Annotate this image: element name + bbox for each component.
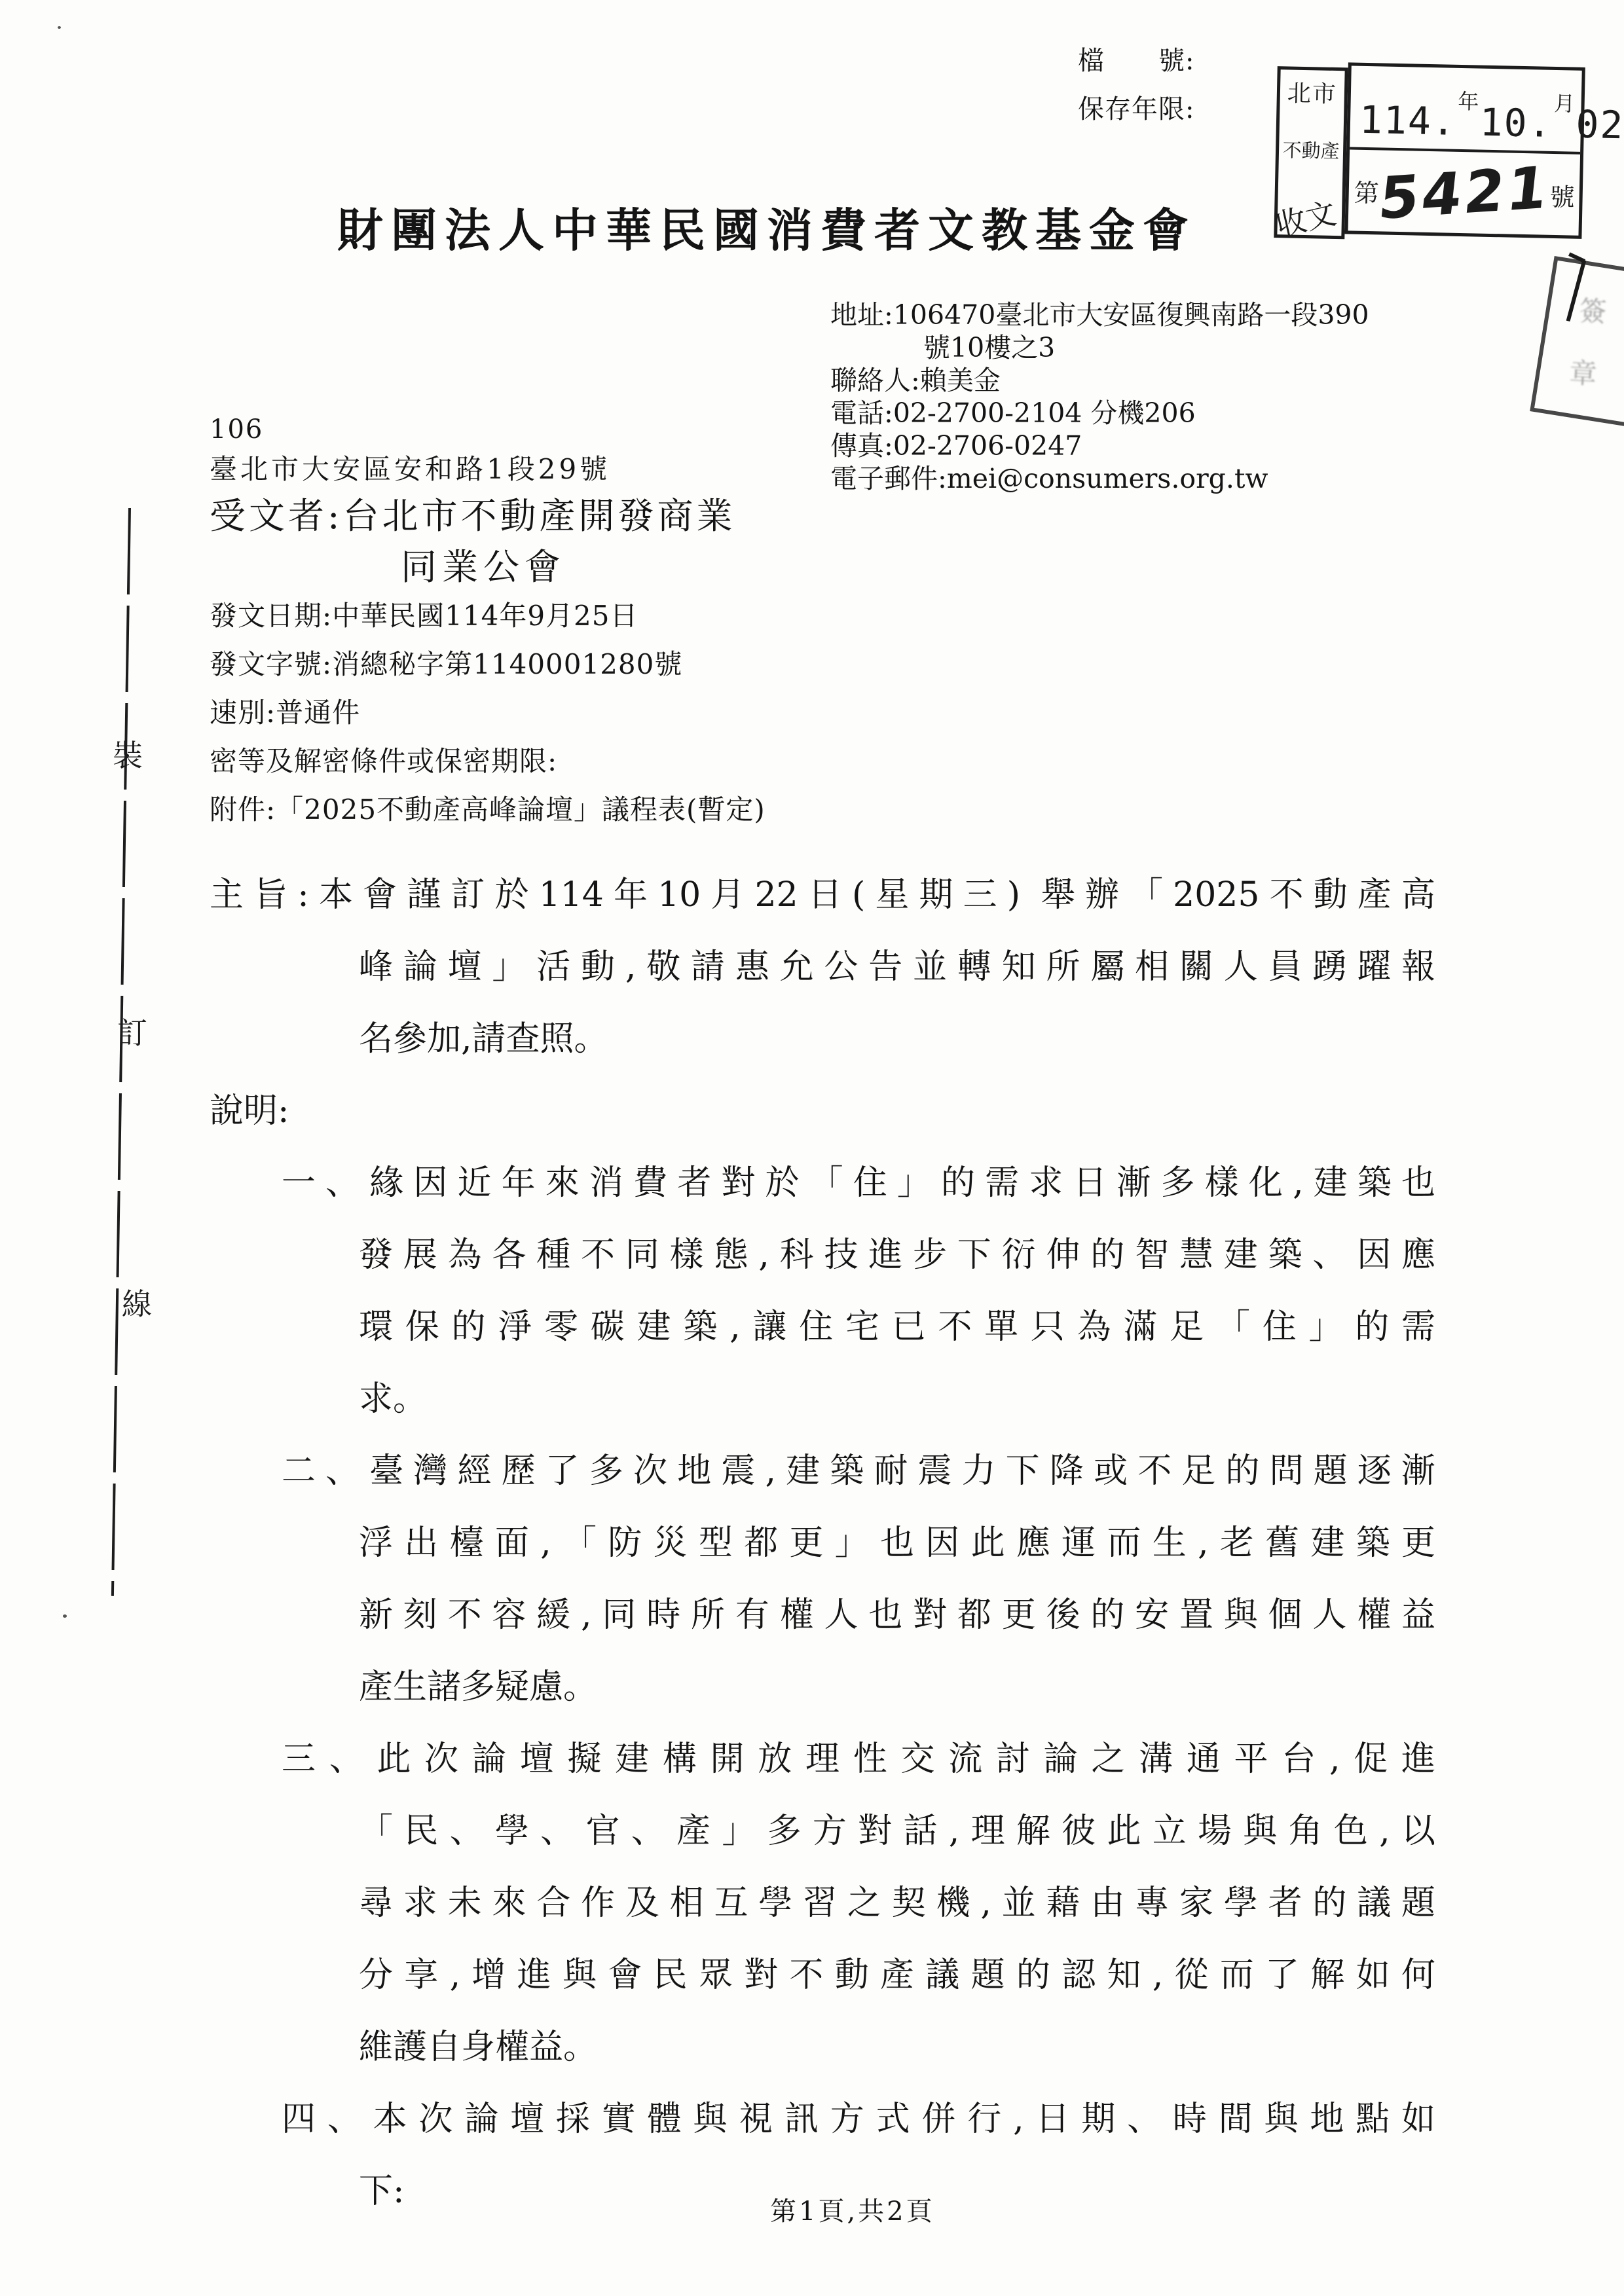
- binding-char-xian: 線: [122, 1281, 152, 1324]
- subject-line: 峰論壇」活動,敬請惠允公告並轉知所屬相關人員踴躍報: [359, 931, 1435, 1003]
- faint-seal-char-1: 簽: [1578, 289, 1608, 330]
- stamp-month-unit: 月: [1554, 87, 1576, 118]
- security-class: 密等及解密條件或保密期限:: [210, 737, 766, 786]
- subject-line: 名參加,請查照。: [359, 1003, 1435, 1075]
- description-item-2: 新刻不容緩,同時所有權人也對都更後的安置與個人權益: [359, 1579, 1435, 1651]
- description-item-1: 發展為各種不同樣態,科技進步下衍伸的智慧建築、因應: [359, 1219, 1435, 1291]
- stamp-date-row: 114. 年 10. 月 02 日: [1350, 65, 1582, 154]
- description-item-3: 分享,增進與會民眾對不動產議題的認知,從而了解如何: [359, 1939, 1435, 2011]
- stamp-number-prefix: 第: [1354, 172, 1379, 209]
- received-stamp-org-column: 北市 不動產 收文: [1274, 66, 1348, 239]
- stamp-org-mid: 不動產: [1282, 136, 1340, 164]
- stamp-month: 10.: [1479, 100, 1553, 146]
- stamp-year: 114.: [1359, 98, 1456, 144]
- subject-line: 主旨:本會謹訂於114年10月22日(星期三) 舉辦「2025不動產高: [210, 859, 1435, 931]
- recipient-line1: 受文者:台北市不動產開發商業: [210, 487, 736, 539]
- sender-email: 電子郵件:mei@consumers.org.tw: [830, 462, 1369, 495]
- binding-char-ding: 訂: [117, 1010, 147, 1053]
- scan-speck: [63, 1614, 67, 1618]
- archive-labels: 檔 號: 保存年限:: [1078, 37, 1194, 134]
- issue-date: 發文日期:中華民國114年9月25日: [210, 592, 766, 640]
- faint-seal-char-2: 章: [1568, 352, 1598, 392]
- stamp-day: 02: [1576, 102, 1624, 148]
- scan-speck: [58, 26, 61, 29]
- description-item-2: 浮出檯面,「防災型都更」也因此應運而生,老舊建築更: [359, 1507, 1435, 1579]
- document-body: 主旨:本會謹訂於114年10月22日(星期三) 舉辦「2025不動產高 峰論壇」…: [210, 859, 1435, 2227]
- sender-address-line1: 地址:106470臺北市大安區復興南路一段390: [830, 299, 1369, 331]
- recipient-zip: 106: [210, 414, 263, 445]
- description-item-3: 三、此次論壇擬建構開放理性交流討論之溝通平台,促進: [282, 1723, 1435, 1795]
- stamp-year-unit: 年: [1458, 85, 1479, 116]
- description-item-4: 四、本次論壇採實體與視訊方式併行,日期、時間與地點如: [282, 2083, 1435, 2155]
- page-number-footer: 第1頁,共2頁: [770, 2191, 935, 2228]
- description-item-1: 一、緣因近年來消費者對於「住」的需求日漸多樣化,建築也: [282, 1147, 1435, 1219]
- description-item-3: 尋求未來合作及相互學習之契機,並藉由專家學者的議題: [359, 1867, 1435, 1939]
- sender-address-line2: 號10樓之3: [923, 331, 1369, 364]
- description-item-3: 維護自身權益。: [359, 2011, 1435, 2083]
- attachment-note: 附件:「2025不動產高峰論壇」議程表(暫定): [210, 786, 766, 834]
- stamp-number-suffix: 號: [1549, 176, 1575, 213]
- document-meta-block: 發文日期:中華民國114年9月25日 發文字號:消總秘字第1140001280號…: [210, 592, 766, 834]
- sender-fax: 傳真:02-2706-0247: [830, 429, 1369, 462]
- description-item-1: 環保的淨零碳建築,讓住宅已不單只為滿足「住」的需: [359, 1291, 1435, 1363]
- stamp-org-top: 北市: [1287, 75, 1337, 109]
- description-item-2: 產生諸多疑慮。: [359, 1651, 1435, 1723]
- received-stamp-main: 114. 年 10. 月 02 日 第 5421 號: [1344, 62, 1585, 239]
- description-heading: 說明:: [210, 1075, 1435, 1147]
- recipient-line2: 同業公會: [401, 538, 566, 590]
- received-stamp: 北市 不動產 收文 114. 年 10. 月 02 日 第 5421 號: [1274, 61, 1585, 248]
- issue-number: 發文字號:消總秘字第1140001280號: [210, 640, 766, 689]
- organization-title: 財團法人中華民國消費者文教基金會: [337, 194, 1196, 260]
- stamp-org-bottom: 收文: [1271, 189, 1339, 245]
- description-item-3: 「民、學、官、產」多方對話,理解彼此立場與角色,以: [359, 1795, 1435, 1867]
- retention-period-label: 保存年限:: [1078, 85, 1194, 134]
- sender-contact-block: 地址:106470臺北市大安區復興南路一段390 號10樓之3 聯絡人:賴美金 …: [830, 299, 1369, 495]
- description-item-2: 二、臺灣經歷了多次地震,建築耐震力下降或不足的問題逐漸: [282, 1435, 1435, 1507]
- sender-contact-person: 聯絡人:賴美金: [830, 364, 1369, 397]
- stamp-number-row: 第 5421 號: [1348, 149, 1581, 235]
- stamp-number-handwritten: 5421: [1375, 153, 1553, 232]
- speed-class: 速別:普通件: [210, 689, 766, 737]
- binding-char-zhuang: 裝: [113, 732, 143, 775]
- sender-phone: 電話:02-2700-2104 分機206: [830, 397, 1369, 429]
- file-number-label: 檔 號:: [1078, 37, 1194, 85]
- document-page: 檔 號: 保存年限: 北市 不動產 收文 114. 年 10. 月 02 日 第…: [0, 0, 1624, 2296]
- description-item-1: 求。: [359, 1363, 1435, 1435]
- recipient-street: 臺北市大安區安和路1段29號: [210, 448, 610, 487]
